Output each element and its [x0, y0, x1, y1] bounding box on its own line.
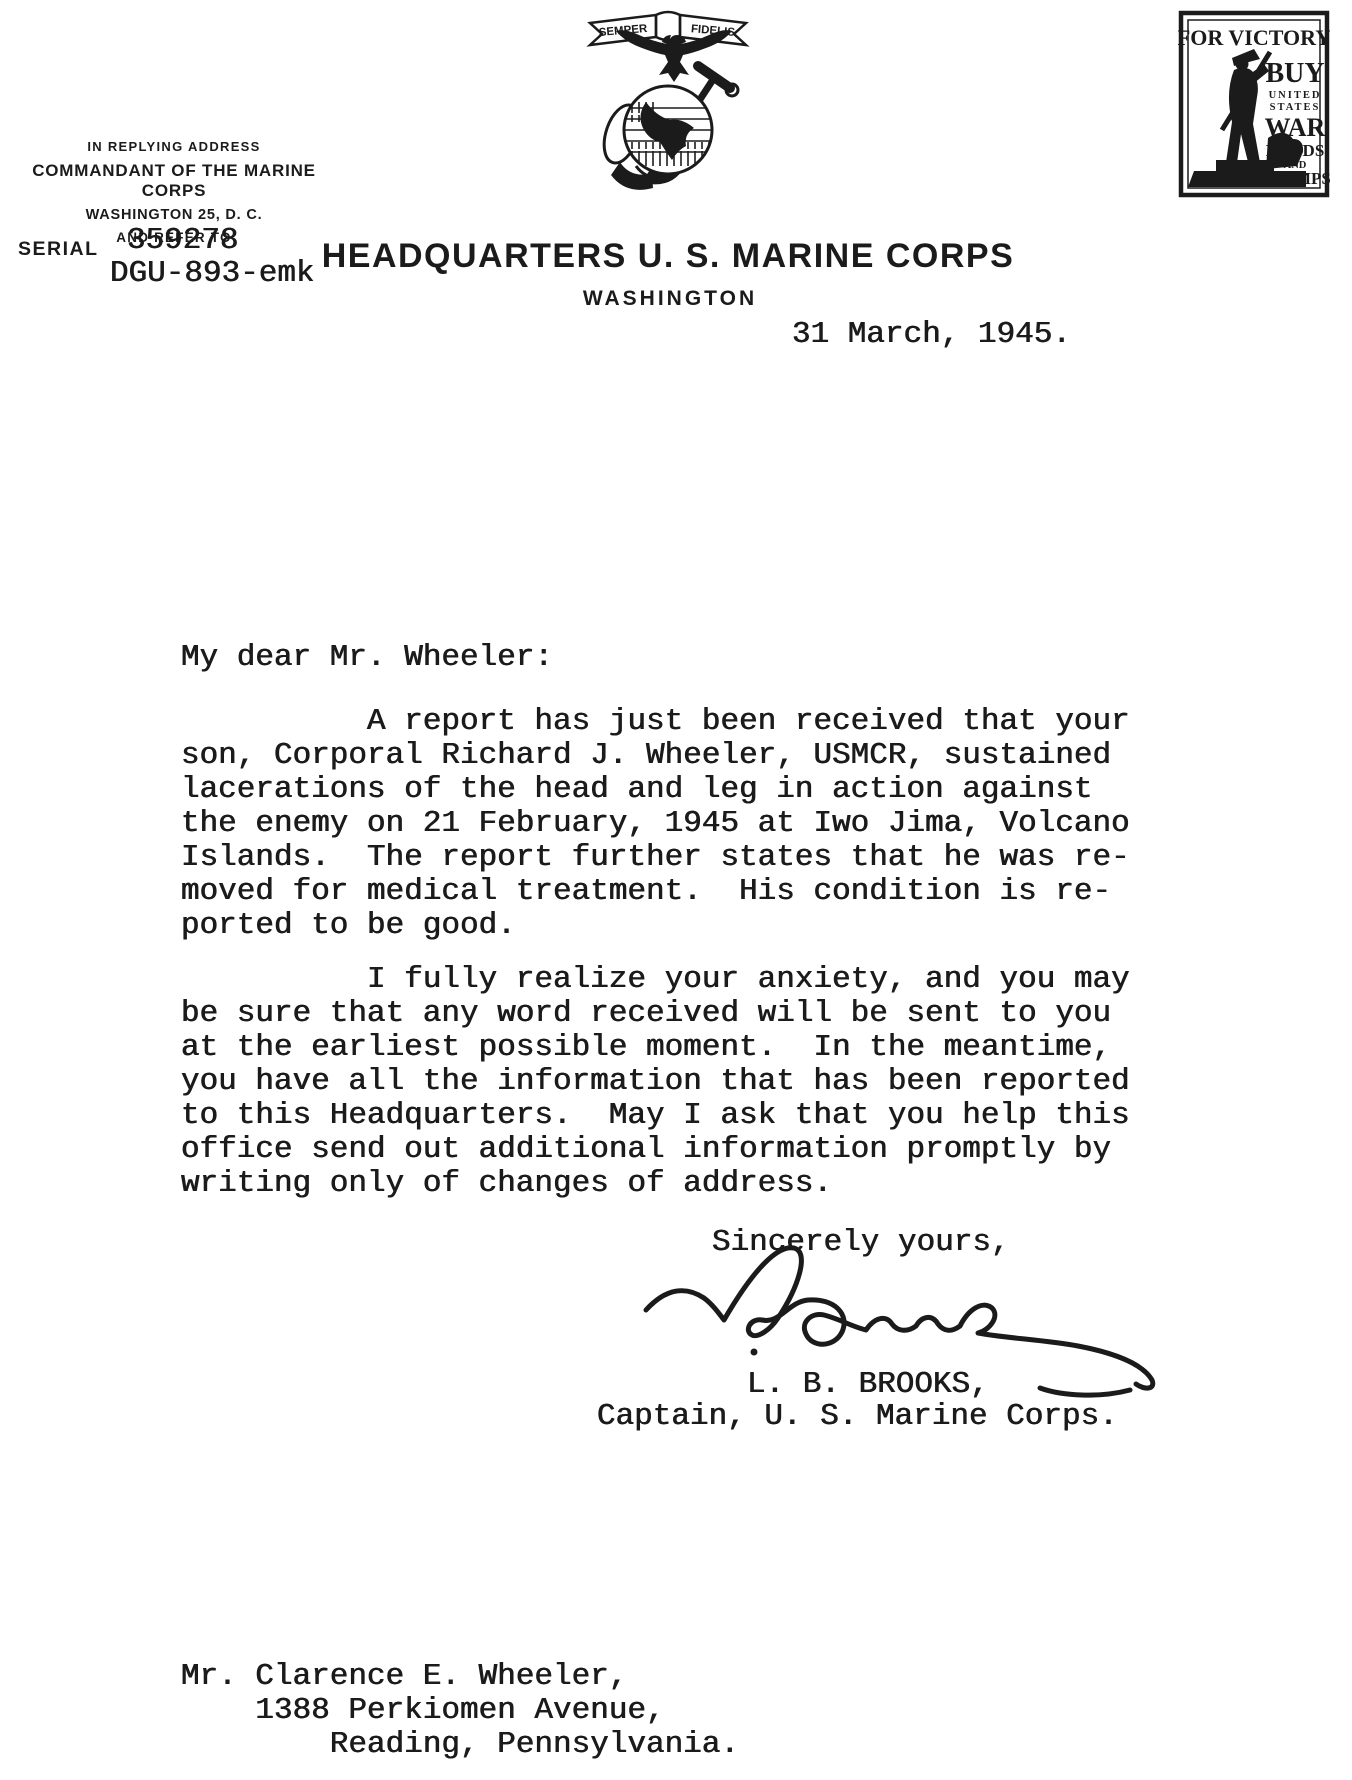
paragraph-2: I fully realize your anxiety, and you ma… — [181, 963, 1130, 1201]
reference-code: DGU-893-emk — [110, 257, 315, 291]
stamp-stamps: STAMPS — [1263, 169, 1330, 188]
stamp-united: UNITED — [1269, 90, 1322, 101]
paragraph-1: A report has just been received that you… — [181, 705, 1130, 943]
salutation: My dear Mr. Wheeler: — [181, 641, 553, 675]
headquarters-subtitle: WASHINGTON — [583, 287, 757, 311]
letter-document: IN REPLYING ADDRESS COMMANDANT OF THE MA… — [0, 0, 1352, 1780]
recipient-address: Mr. Clarence E. Wheeler, 1388 Perkiomen … — [181, 1660, 739, 1762]
signer-title: Captain, U. S. Marine Corps. — [597, 1400, 1118, 1434]
reply-line: IN REPLYING ADDRESS — [8, 139, 340, 154]
letter-date: 31 March, 1945. — [792, 318, 1071, 352]
serial-number: 359278 — [127, 224, 239, 258]
stamp-buy: BUY — [1265, 58, 1324, 89]
serial-label: SERIAL — [18, 238, 99, 261]
headquarters-title: HEADQUARTERS U. S. MARINE CORPS — [322, 237, 1015, 276]
war-bonds-stamp-icon: FOR VICTORY BUY UNITED STATES WAR BONDS … — [1178, 10, 1330, 198]
stamp-header: FOR VICTORY — [1178, 25, 1330, 50]
stamp-war: WAR — [1265, 113, 1326, 142]
reply-line: WASHINGTON 25, D. C. — [8, 207, 340, 223]
stamp-bonds: BONDS — [1266, 141, 1325, 160]
stamp-states: STATES — [1270, 102, 1321, 113]
signer-name: L. B. BROOKS, — [747, 1368, 989, 1402]
reply-line: COMMANDANT OF THE MARINE CORPS — [8, 161, 340, 201]
usmc-emblem-icon: SEMPER FIDELIS — [580, 6, 756, 206]
